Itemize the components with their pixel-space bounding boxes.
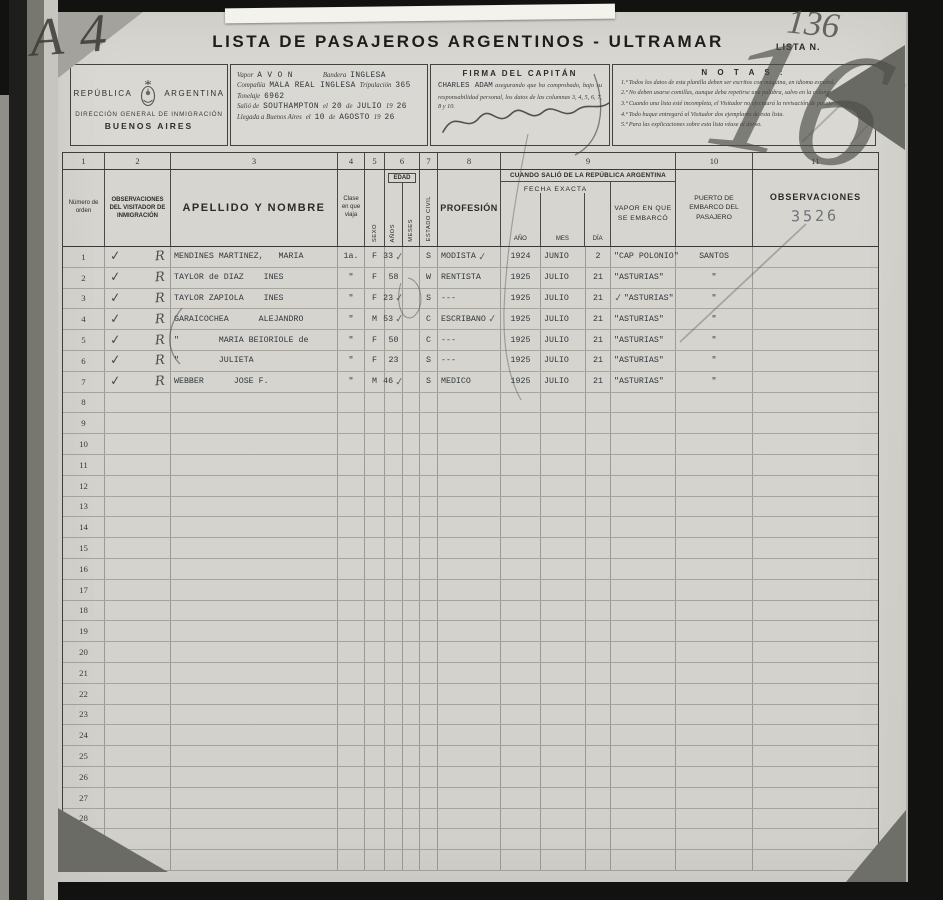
- row-number: 25: [63, 746, 105, 766]
- depart-day-cell: [586, 559, 611, 579]
- depart-day-cell: [586, 393, 611, 413]
- depart-ship-cell: [611, 642, 676, 662]
- age-months-cell: [403, 580, 420, 600]
- salio-label: Salió de: [237, 103, 259, 110]
- observations-cell: [753, 829, 878, 849]
- depart-ship-cell: [611, 413, 676, 433]
- header-ano: AÑO: [501, 193, 541, 246]
- age-years-cell: 53✓: [385, 309, 403, 329]
- tonelaje-label: Tonelaje: [237, 93, 260, 100]
- civil-status-cell: [420, 684, 438, 704]
- visitor-mark-cell: [105, 393, 171, 413]
- visitor-mark-cell: [105, 767, 171, 787]
- coat-of-arms-icon: [138, 80, 158, 108]
- check-mark: ✓: [394, 250, 404, 263]
- row-number: 20: [63, 642, 105, 662]
- table-row: 19: [63, 621, 878, 642]
- depart-year-cell: 1924: [501, 247, 541, 267]
- check-mark: ✓: [394, 313, 404, 326]
- table-row: 27: [63, 788, 878, 809]
- salio-mes: JULIO: [356, 103, 381, 111]
- embark-port-cell: [676, 788, 753, 808]
- sex-cell: [365, 809, 385, 829]
- observations-cell: [753, 559, 878, 579]
- passenger-name-cell: [171, 413, 338, 433]
- depart-month-cell: JULIO: [541, 372, 586, 392]
- table-row: 24: [63, 725, 878, 746]
- visitor-mark-cell: [105, 684, 171, 704]
- age-years-cell: [385, 497, 403, 517]
- embark-port-cell: [676, 642, 753, 662]
- observations-cell: [753, 393, 878, 413]
- passenger-name-cell: TAYLOR ZAPIOLA INES: [171, 289, 338, 309]
- sex-cell: [365, 663, 385, 683]
- age-years-cell: 33✓: [385, 247, 403, 267]
- depart-year-cell: [501, 809, 541, 829]
- embark-port-cell: [676, 601, 753, 621]
- age-years-cell: 23: [385, 351, 403, 371]
- sex-cell: [365, 559, 385, 579]
- embark-port-cell: [676, 393, 753, 413]
- table-row: 5✓R" MARIA BEIORIOLE de"F50C---1925JULIO…: [63, 330, 878, 351]
- age-years-cell: [385, 829, 403, 849]
- visitor-mark-cell: [105, 580, 171, 600]
- class-cell: [338, 601, 365, 621]
- profession-cell: [438, 476, 501, 496]
- depart-ship-cell: [611, 788, 676, 808]
- check-mark: ✓: [109, 311, 121, 327]
- row-number: 12: [63, 476, 105, 496]
- sex-cell: [365, 829, 385, 849]
- depart-day-cell: [586, 788, 611, 808]
- depart-month-cell: [541, 663, 586, 683]
- passenger-name-cell: [171, 684, 338, 704]
- profession-cell: [438, 746, 501, 766]
- table-row: 1✓RMENDINES MARTINEZ, MARIA1a.F33✓SMODIS…: [63, 247, 878, 268]
- depart-year-cell: [501, 476, 541, 496]
- sex-cell: M: [365, 372, 385, 392]
- age-years-cell: [385, 455, 403, 475]
- civil-status-cell: [420, 725, 438, 745]
- visitor-mark-cell: ✓R: [105, 309, 171, 329]
- sex-cell: F: [365, 289, 385, 309]
- depart-ship-cell: [611, 434, 676, 454]
- sex-cell: [365, 767, 385, 787]
- depart-ship-cell: [611, 663, 676, 683]
- sex-cell: [365, 497, 385, 517]
- visitor-mark-cell: [105, 725, 171, 745]
- civil-status-cell: [420, 788, 438, 808]
- depart-day-cell: [586, 767, 611, 787]
- table-row: 16: [63, 559, 878, 580]
- header-fecha-exacta: FECHA EXACTA: [501, 182, 610, 193]
- depart-day-cell: [586, 601, 611, 621]
- embark-port-cell: [676, 684, 753, 704]
- embark-port-cell: [676, 517, 753, 537]
- depart-ship-cell: [611, 497, 676, 517]
- org-argentina: ARGENTINA: [164, 89, 224, 98]
- check-mark: ✓: [109, 332, 121, 348]
- depart-month-cell: [541, 809, 586, 829]
- age-years-cell: [385, 517, 403, 537]
- depart-month-cell: [541, 580, 586, 600]
- passenger-name-cell: [171, 788, 338, 808]
- observations-cell: [753, 621, 878, 641]
- embark-port-cell: [676, 705, 753, 725]
- row-number: 17: [63, 580, 105, 600]
- table-row: 15: [63, 538, 878, 559]
- class-cell: [338, 434, 365, 454]
- organisation-box: REPÚBLICA ARGENTINA DIRECCIÓN GENERAL DE…: [70, 64, 228, 146]
- age-years-cell: [385, 601, 403, 621]
- table-row: 4✓RGARAICOCHEA ALEJANDRO"M53✓CESCRIBANO✓…: [63, 309, 878, 330]
- depart-day-cell: 21: [586, 330, 611, 350]
- sex-cell: [365, 393, 385, 413]
- observations-cell: [753, 413, 878, 433]
- col-number: 7: [420, 153, 438, 169]
- depart-month-cell: [541, 829, 586, 849]
- class-cell: [338, 705, 365, 725]
- embark-port-cell: [676, 413, 753, 433]
- sex-cell: [365, 684, 385, 704]
- salio-puerto: SOUTHAMPTON: [263, 103, 319, 111]
- check-mark: ✓: [394, 375, 404, 388]
- bandera-value: INGLESA: [350, 72, 386, 80]
- header-puerto-embarco: PUERTO DE EMBARCO DEL PASAJERO: [683, 194, 745, 222]
- profession-cell: [438, 767, 501, 787]
- profession-cell: [438, 393, 501, 413]
- observations-cell: [753, 725, 878, 745]
- passenger-name-cell: [171, 601, 338, 621]
- profession-cell: RENTISTA: [438, 268, 501, 288]
- compania-label: Compañía: [237, 82, 265, 89]
- civil-status-cell: [420, 809, 438, 829]
- class-cell: [338, 497, 365, 517]
- llegada-anio: 26: [385, 114, 395, 122]
- civil-status-cell: S: [420, 289, 438, 309]
- depart-ship-cell: [611, 580, 676, 600]
- age-years-cell: [385, 434, 403, 454]
- header-cuando-salio: CUANDO SALIÓ DE LA REPÚBLICA ARGENTINA: [501, 170, 675, 182]
- depart-day-cell: [586, 705, 611, 725]
- header-anos: AÑOS: [390, 224, 396, 242]
- observations-cell: [753, 372, 878, 392]
- civil-status-cell: C: [420, 330, 438, 350]
- civil-status-cell: [420, 705, 438, 725]
- observations-cell: [753, 663, 878, 683]
- salio-anio: 26: [397, 103, 407, 111]
- row-number: 23: [63, 705, 105, 725]
- table-row: 11: [63, 455, 878, 476]
- observations-cell: [753, 538, 878, 558]
- visitor-mark-cell: [105, 746, 171, 766]
- profession-cell: [438, 413, 501, 433]
- table-row: 18: [63, 601, 878, 622]
- age-months-cell: [403, 268, 420, 288]
- depart-year-cell: [501, 580, 541, 600]
- age-months-cell: [403, 289, 420, 309]
- header-mes: MES: [541, 193, 586, 246]
- embark-port-cell: ": [676, 351, 753, 371]
- depart-year-cell: [501, 538, 541, 558]
- visitor-mark-cell: ✓R: [105, 351, 171, 371]
- visitor-initial: R: [155, 353, 166, 369]
- profession-cell: [438, 434, 501, 454]
- visitor-mark-cell: ✓R: [105, 330, 171, 350]
- observations-cell: [753, 497, 878, 517]
- depart-ship-cell: "ASTURIAS": [611, 309, 676, 329]
- class-cell: [338, 663, 365, 683]
- depart-year-cell: [501, 829, 541, 849]
- age-months-cell: [403, 517, 420, 537]
- class-cell: ": [338, 309, 365, 329]
- profession-cell: [438, 684, 501, 704]
- check-mark: ✓: [487, 313, 497, 326]
- row-number: 10: [63, 434, 105, 454]
- profession-cell: [438, 705, 501, 725]
- profession-cell: [438, 497, 501, 517]
- age-years-cell: [385, 559, 403, 579]
- captain-signature-box: FIRMA DEL CAPITÁN CHARLES ADAM asegurand…: [430, 64, 610, 146]
- depart-day-cell: [586, 809, 611, 829]
- passenger-name-cell: [171, 663, 338, 683]
- age-years-cell: 58: [385, 268, 403, 288]
- age-months-cell: [403, 663, 420, 683]
- embark-port-cell: [676, 538, 753, 558]
- header-sexo: SEXO: [372, 224, 378, 242]
- age-months-cell: [403, 705, 420, 725]
- visitor-mark-cell: [105, 455, 171, 475]
- passenger-name-cell: WEBBER JOSE F.: [171, 372, 338, 392]
- embark-port-cell: [676, 580, 753, 600]
- visitor-mark-cell: [105, 621, 171, 641]
- profession-cell: [438, 455, 501, 475]
- depart-day-cell: [586, 684, 611, 704]
- passenger-name-cell: [171, 497, 338, 517]
- sex-cell: [365, 788, 385, 808]
- visitor-initial: R: [155, 374, 166, 390]
- row-number: 5: [63, 330, 105, 350]
- header-visitador: OBSERVACIONES DEL VISITADOR DE INMIGRACI…: [109, 196, 167, 220]
- embark-port-cell: ": [676, 289, 753, 309]
- depart-year-cell: [501, 684, 541, 704]
- visitor-mark-cell: [105, 559, 171, 579]
- civil-status-cell: [420, 621, 438, 641]
- age-years-cell: [385, 538, 403, 558]
- row-number: 18: [63, 601, 105, 621]
- sex-cell: F: [365, 247, 385, 267]
- observations-cell: [753, 746, 878, 766]
- observations-cell: [753, 476, 878, 496]
- row-number: 3: [63, 289, 105, 309]
- visitor-mark-cell: [105, 434, 171, 454]
- vapor-value: A V O N: [257, 72, 293, 80]
- llegada-label: Llegada a Buenos Aires: [237, 114, 302, 121]
- depart-month-cell: [541, 601, 586, 621]
- depart-day-cell: 21: [586, 289, 611, 309]
- depart-year-cell: [501, 601, 541, 621]
- age-years-cell: [385, 788, 403, 808]
- age-months-cell: [403, 559, 420, 579]
- depart-ship-cell: [611, 746, 676, 766]
- embark-port-cell: ": [676, 309, 753, 329]
- depart-year-cell: [501, 434, 541, 454]
- profession-cell: MEDICO: [438, 372, 501, 392]
- depart-ship-cell: ✓"ASTURIAS": [611, 289, 676, 309]
- passenger-name-cell: [171, 746, 338, 766]
- depart-year-cell: 1925: [501, 309, 541, 329]
- depart-ship-cell: "ASTURIAS": [611, 330, 676, 350]
- depart-month-cell: [541, 497, 586, 517]
- depart-ship-cell: "ASTURIAS": [611, 268, 676, 288]
- row-number: 14: [63, 517, 105, 537]
- check-mark: ✓: [477, 250, 487, 263]
- col-number: 1: [63, 153, 105, 169]
- passenger-name-cell: [171, 476, 338, 496]
- sex-cell: [365, 725, 385, 745]
- depart-day-cell: 21: [586, 372, 611, 392]
- check-mark: ✓: [109, 290, 121, 306]
- observations-cell: [753, 767, 878, 787]
- class-cell: [338, 788, 365, 808]
- class-cell: [338, 767, 365, 787]
- check-mark: ✓: [109, 249, 121, 265]
- ship-info-box: Vapor A V O N Bandera INGLESA Compañía M…: [230, 64, 428, 146]
- org-direccion: DIRECCIÓN GENERAL DE INMIGRACIÓN: [75, 111, 222, 118]
- profession-cell: [438, 559, 501, 579]
- embark-port-cell: [676, 621, 753, 641]
- age-months-cell: [403, 809, 420, 829]
- visitor-mark-cell: [105, 809, 171, 829]
- col-number: 6: [385, 153, 420, 169]
- age-years-cell: [385, 746, 403, 766]
- embark-port-cell: ": [676, 268, 753, 288]
- table-row: 20: [63, 642, 878, 663]
- profession-cell: ESCRIBANO✓: [438, 309, 501, 329]
- row-number: 21: [63, 663, 105, 683]
- row-number: 13: [63, 497, 105, 517]
- visitor-mark-cell: ✓R: [105, 268, 171, 288]
- table-row: 2✓RTAYLOR de DIAZ INES"F58WRENTISTA1925J…: [63, 268, 878, 289]
- depart-day-cell: [586, 829, 611, 849]
- passenger-name-cell: [171, 850, 338, 870]
- row-number: 7: [63, 372, 105, 392]
- depart-ship-cell: "ASTURIAS": [611, 351, 676, 371]
- passenger-name-cell: [171, 580, 338, 600]
- book-spine-dark: [9, 0, 27, 900]
- sex-cell: [365, 455, 385, 475]
- class-cell: [338, 517, 365, 537]
- profession-cell: [438, 580, 501, 600]
- visitor-mark-cell: [105, 517, 171, 537]
- row-number: 4: [63, 309, 105, 329]
- check-mark: ✓: [109, 270, 121, 286]
- age-years-cell: [385, 705, 403, 725]
- depart-month-cell: [541, 725, 586, 745]
- age-months-cell: [403, 829, 420, 849]
- observations-cell: [753, 330, 878, 350]
- captain-typed-name: CHARLES ADAM: [438, 82, 493, 90]
- depart-month-cell: [541, 621, 586, 641]
- age-years-cell: [385, 393, 403, 413]
- table-row: 13: [63, 497, 878, 518]
- header-apellido-nombre: APELLIDO Y NOMBRE: [182, 202, 325, 214]
- book-spine-mid: [27, 0, 44, 900]
- profession-cell: [438, 829, 501, 849]
- depart-month-cell: JULIO: [541, 289, 586, 309]
- depart-ship-cell: [611, 850, 676, 870]
- passenger-name-cell: [171, 705, 338, 725]
- org-ciudad: BUENOS AIRES: [105, 121, 193, 131]
- class-cell: ": [338, 268, 365, 288]
- depart-month-cell: [541, 642, 586, 662]
- passenger-name-cell: [171, 621, 338, 641]
- visitor-mark-cell: [105, 497, 171, 517]
- depart-ship-cell: [611, 538, 676, 558]
- depart-month-cell: [541, 538, 586, 558]
- class-cell: [338, 393, 365, 413]
- depart-year-cell: [501, 725, 541, 745]
- check-mark: ✓: [394, 292, 404, 305]
- tripulacion-value: 365: [395, 82, 410, 90]
- row-number: 15: [63, 538, 105, 558]
- depart-ship-cell: [611, 684, 676, 704]
- number-stamp: 3526: [791, 206, 839, 225]
- age-months-cell: [403, 351, 420, 371]
- age-years-cell: [385, 850, 403, 870]
- depart-ship-cell: [611, 725, 676, 745]
- table-row: 29: [63, 829, 878, 850]
- age-years-cell: [385, 684, 403, 704]
- col-number: 9: [501, 153, 676, 169]
- header-orden: Número de orden: [69, 200, 99, 216]
- class-cell: [338, 642, 365, 662]
- compania-value: MALA REAL INGLESA: [269, 82, 355, 90]
- table-body: 1✓RMENDINES MARTINEZ, MARIA1a.F33✓SMODIS…: [63, 247, 878, 871]
- row-number: 11: [63, 455, 105, 475]
- class-cell: ": [338, 330, 365, 350]
- civil-status-cell: S: [420, 372, 438, 392]
- passenger-name-cell: [171, 455, 338, 475]
- class-cell: [338, 476, 365, 496]
- sex-cell: [365, 642, 385, 662]
- sex-cell: F: [365, 330, 385, 350]
- sex-cell: [365, 434, 385, 454]
- age-months-cell: [403, 330, 420, 350]
- observations-cell: [753, 351, 878, 371]
- passenger-name-cell: [171, 517, 338, 537]
- table-row: 9: [63, 413, 878, 434]
- age-years-cell: [385, 621, 403, 641]
- profession-cell: [438, 809, 501, 829]
- civil-status-cell: [420, 829, 438, 849]
- age-years-cell: [385, 809, 403, 829]
- age-months-cell: [403, 309, 420, 329]
- depart-ship-cell: [611, 455, 676, 475]
- header-meses: MESES: [408, 219, 414, 242]
- class-cell: ": [338, 289, 365, 309]
- depart-month-cell: [541, 684, 586, 704]
- depart-day-cell: 21: [586, 268, 611, 288]
- depart-month-cell: [541, 788, 586, 808]
- class-cell: [338, 829, 365, 849]
- profession-cell: [438, 788, 501, 808]
- salio-dia: 20: [332, 103, 342, 111]
- class-cell: [338, 455, 365, 475]
- class-cell: [338, 413, 365, 433]
- visitor-mark-cell: [105, 705, 171, 725]
- table-row: 23: [63, 705, 878, 726]
